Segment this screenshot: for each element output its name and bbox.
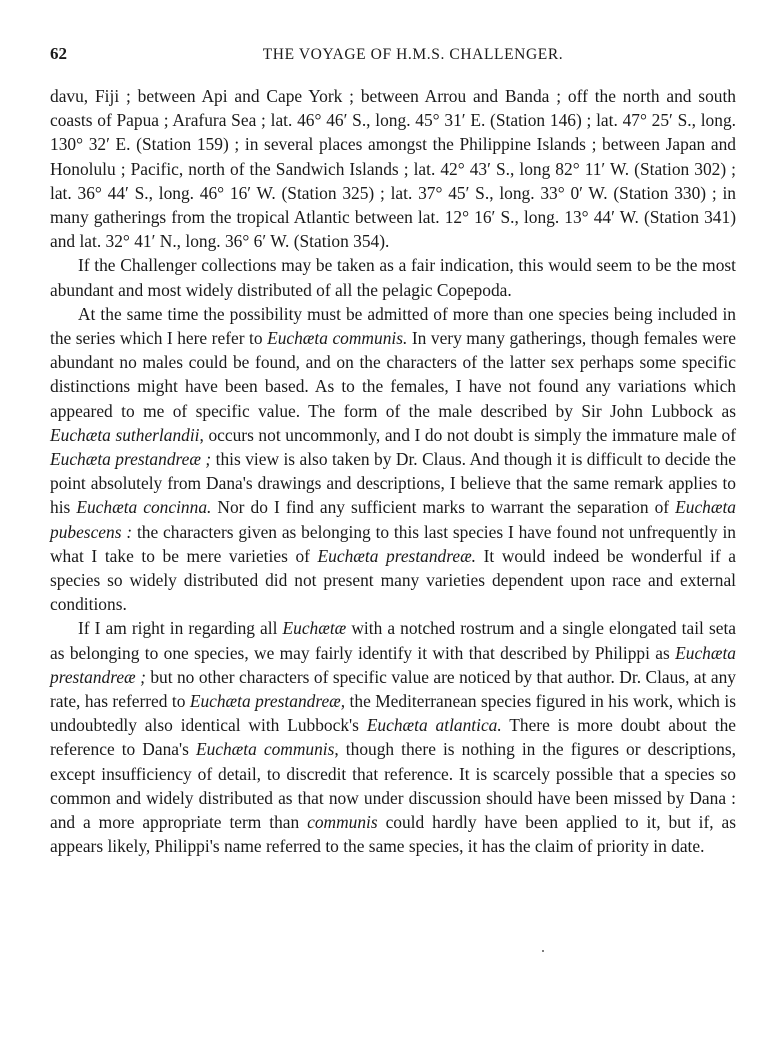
paragraph-station-list: davu, Fiji ; between Api and Cape York ;… — [50, 84, 736, 253]
taxon-name: Euchæta prestandreæ. — [318, 546, 476, 566]
text-run: , occurs not uncommonly, and I do not do… — [200, 425, 736, 445]
scan-speck — [542, 950, 544, 952]
book-page: 62 THE VOYAGE OF H.M.S. CHALLENGER. davu… — [50, 44, 736, 859]
body-text: davu, Fiji ; between Api and Cape York ;… — [50, 84, 736, 859]
text-run: Nor do I find any sufficient marks to wa… — [211, 497, 675, 517]
text-run: If the Challenger collections may be tak… — [50, 255, 736, 299]
taxon-name: communis — [307, 812, 378, 832]
running-header: 62 THE VOYAGE OF H.M.S. CHALLENGER. — [50, 44, 736, 74]
taxon-name: Euchæta concinna. — [76, 497, 211, 517]
paragraph-abundance: If the Challenger collections may be tak… — [50, 253, 736, 301]
taxon-name: Euchæta prestandreæ ; — [50, 449, 211, 469]
taxon-name: Euchæta communis — [196, 739, 334, 759]
text-run: davu, Fiji ; between Api and Cape York ;… — [50, 86, 736, 251]
taxon-name: Euchæta prestandreæ, — [190, 691, 345, 711]
taxon-name: Euchæta communis. — [267, 328, 407, 348]
text-run: If I am right in regarding all — [78, 618, 283, 638]
taxon-name: Euchæta atlantica. — [367, 715, 502, 735]
taxon-name: Euchæta sutherlandii — [50, 425, 200, 445]
taxon-name: Euchætæ — [283, 618, 347, 638]
running-title: THE VOYAGE OF H.M.S. CHALLENGER. — [50, 46, 736, 64]
paragraph-species-variation: At the same time the possibility must be… — [50, 302, 736, 617]
paragraph-identification: If I am right in regarding all Euchætæ w… — [50, 616, 736, 858]
